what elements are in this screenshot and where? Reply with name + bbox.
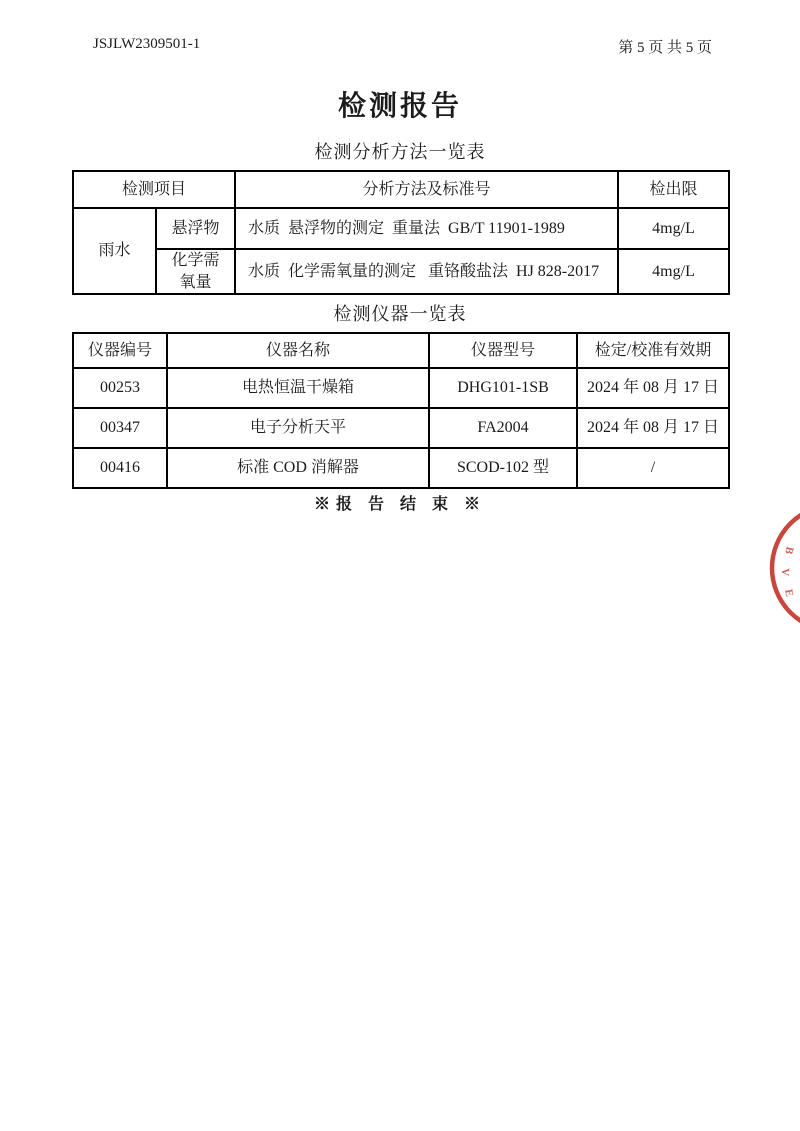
method-cell: 水质 悬浮物的测定 重量法 GB/T 11901-1989 — [235, 208, 618, 249]
instrument-name-cell: 标准 COD 消解器 — [167, 448, 429, 488]
instrument-id-cell: 00416 — [73, 448, 167, 488]
header-method-standard: 分析方法及标准号 — [235, 171, 618, 208]
instruments-table: 仪器编号 仪器名称 仪器型号 检定/校准有效期 00253 电热恒温干燥箱 DH… — [72, 332, 730, 489]
header-instrument-model: 仪器型号 — [429, 333, 577, 368]
red-seal-partial-icon: B V E — [740, 502, 800, 637]
page-number: 第 5 页 共 5 页 — [618, 36, 712, 57]
instruments-table-header-row: 仪器编号 仪器名称 仪器型号 检定/校准有效期 — [73, 333, 729, 368]
header-calibration-validity: 检定/校准有效期 — [577, 333, 729, 368]
sample-type-cell: 雨水 — [73, 208, 156, 294]
header-detection-limit: 检出限 — [618, 171, 729, 208]
document-number: JSJLW2309501-1 — [93, 36, 200, 57]
methods-table-title: 检测分析方法一览表 — [0, 138, 800, 164]
instrument-model-cell: DHG101-1SB — [429, 368, 577, 408]
header-instrument-id: 仪器编号 — [73, 333, 167, 368]
method-cell: 水质 化学需氧量的测定 重铬酸盐法 HJ 828-2017 — [235, 249, 618, 294]
instrument-id-cell: 00253 — [73, 368, 167, 408]
item-cell: 化学需氧量 — [156, 249, 235, 294]
instrument-id-cell: 00347 — [73, 408, 167, 448]
methods-table: 检测项目 分析方法及标准号 检出限 雨水 悬浮物 水质 悬浮物的测定 重量法 G… — [72, 170, 730, 295]
stamp-glyph: E — [782, 588, 795, 598]
table-row: 00347 电子分析天平 FA2004 2024 年 08 月 17 日 — [73, 408, 729, 448]
page-header: JSJLW2309501-1 第 5 页 共 5 页 — [93, 36, 712, 57]
calibration-validity-cell: / — [577, 448, 729, 488]
instrument-name-cell: 电热恒温干燥箱 — [167, 368, 429, 408]
table-row: 00253 电热恒温干燥箱 DHG101-1SB 2024 年 08 月 17 … — [73, 368, 729, 408]
limit-cell: 4mg/L — [618, 208, 729, 249]
calibration-validity-cell: 2024 年 08 月 17 日 — [577, 368, 729, 408]
table-row: 00416 标准 COD 消解器 SCOD-102 型 / — [73, 448, 729, 488]
header-instrument-name: 仪器名称 — [167, 333, 429, 368]
instrument-model-cell: SCOD-102 型 — [429, 448, 577, 488]
methods-table-header-row: 检测项目 分析方法及标准号 检出限 — [73, 171, 729, 208]
report-end-note: ※报 告 结 束 ※ — [0, 491, 800, 514]
instrument-model-cell: FA2004 — [429, 408, 577, 448]
limit-cell: 4mg/L — [618, 249, 729, 294]
calibration-validity-cell: 2024 年 08 月 17 日 — [577, 408, 729, 448]
stamp-glyph: B — [782, 545, 796, 556]
report-page: JSJLW2309501-1 第 5 页 共 5 页 检测报告 检测分析方法一览… — [0, 0, 800, 1131]
instrument-name-cell: 电子分析天平 — [167, 408, 429, 448]
table-row: 化学需氧量 水质 化学需氧量的测定 重铬酸盐法 HJ 828-2017 4mg/… — [73, 249, 729, 294]
header-test-item: 检测项目 — [73, 171, 235, 208]
report-title: 检测报告 — [0, 84, 800, 124]
item-cell: 悬浮物 — [156, 208, 235, 249]
stamp-glyph: V — [779, 568, 791, 576]
table-row: 雨水 悬浮物 水质 悬浮物的测定 重量法 GB/T 11901-1989 4mg… — [73, 208, 729, 249]
instruments-table-title: 检测仪器一览表 — [0, 300, 800, 326]
